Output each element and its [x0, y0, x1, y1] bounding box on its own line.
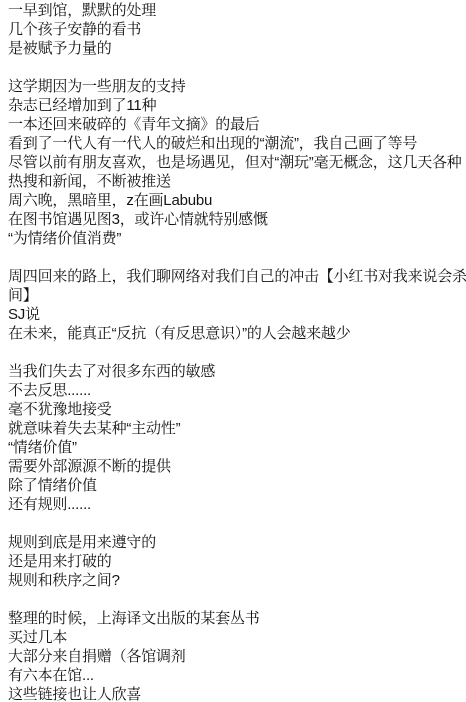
text-line: 一本还回来破碎的《青年文摘》的最后: [8, 115, 464, 134]
text-line: 热搜和新闻，不断被推送: [8, 172, 464, 191]
text-line: 杂志已经增加到了11种: [8, 96, 464, 115]
text-line: SJ说: [8, 305, 464, 324]
text-line: 这学期因为一些朋友的支持: [8, 77, 464, 96]
text-line: 间】: [8, 286, 464, 305]
text-line: 毫不犹豫地接受: [8, 400, 464, 419]
blank-line: [8, 343, 464, 362]
text-line: 周四回来的路上，我们聊网络对我们自己的冲击【小红书对我来说会杀时: [8, 267, 464, 286]
text-line: 买过几本: [8, 628, 464, 647]
text-line: 就意味着失去某种“主动性”: [8, 419, 464, 438]
text-line: 还有规则......: [8, 495, 464, 514]
text-line: 大部分来自捐赠（各馆调剂: [8, 647, 464, 666]
text-line: 有六本在馆...: [8, 666, 464, 685]
blank-line: [8, 514, 464, 533]
text-line: 几个孩子安静的看书: [8, 20, 464, 39]
text-line: 在未来，能真正“反抗（有反思意识）”的人会越来越少: [8, 324, 464, 343]
text-line: 规则和秩序之间?: [8, 571, 464, 590]
text-body: 一早到馆，默默的处理几个孩子安静的看书是被赋予力量的这学期因为一些朋友的支持杂志…: [8, 1, 464, 702]
text-line: 除了情绪价值: [8, 476, 464, 495]
note-page: 一早到馆，默默的处理几个孩子安静的看书是被赋予力量的这学期因为一些朋友的支持杂志…: [0, 0, 466, 702]
text-line: 规则到底是用来遵守的: [8, 533, 464, 552]
blank-line: [8, 58, 464, 77]
text-line: “情绪价值”: [8, 438, 464, 457]
text-line: 当我们失去了对很多东西的敏感: [8, 362, 464, 381]
text-line: 这些链接也让人欣喜: [8, 685, 464, 702]
blank-line: [8, 248, 464, 267]
text-line: 是被赋予力量的: [8, 39, 464, 58]
text-line: 整理的时候，上海译文出版的某套丛书: [8, 609, 464, 628]
text-line: 一早到馆，默默的处理: [8, 1, 464, 20]
text-line: 尽管以前有朋友喜欢，也是场遇见，但对“潮玩”毫无概念，这几天各种: [8, 153, 464, 172]
text-line: 不去反思......: [8, 381, 464, 400]
text-line: “为情绪价值消费”: [8, 229, 464, 248]
text-line: 看到了一代人有一代人的破烂和出现的“潮流”，我自己画了等号: [8, 134, 464, 153]
text-line: 在图书馆遇见图3，或许心情就特别感慨: [8, 210, 464, 229]
blank-line: [8, 590, 464, 609]
text-line: 需要外部源源不断的提供: [8, 457, 464, 476]
text-line: 周六晚，黑暗里，z在画Labubu: [8, 191, 464, 210]
text-line: 还是用来打破的: [8, 552, 464, 571]
